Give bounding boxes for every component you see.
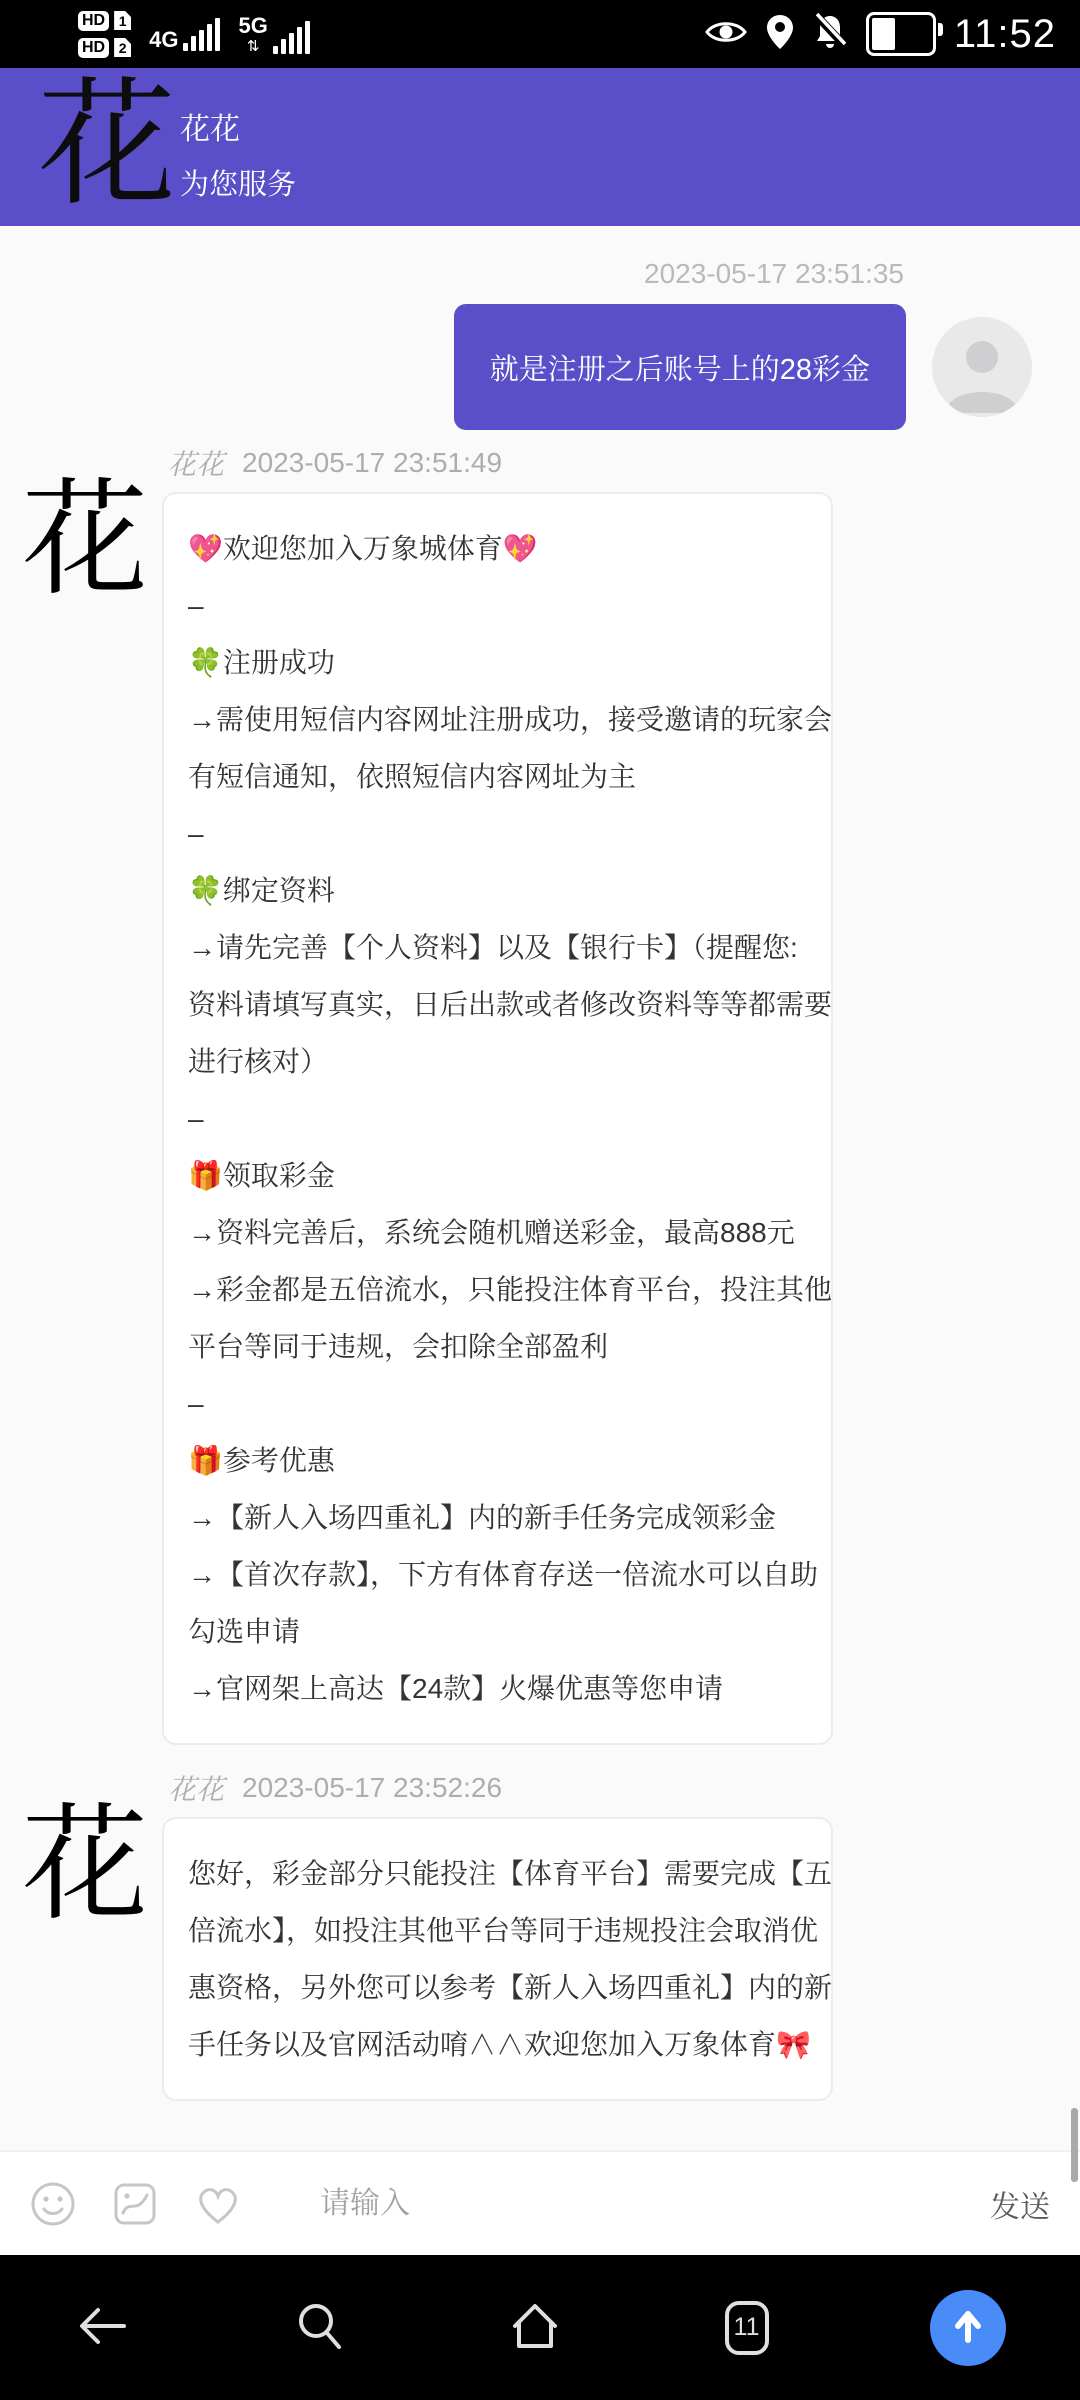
message-timestamp: 2023-05-17 23:51:35	[0, 258, 1080, 288]
message-line: 资料请填写真实，日后出款或者修改资料等等都需要	[188, 976, 807, 1033]
message-line: 🍀注册成功	[188, 634, 807, 691]
location-icon	[766, 14, 794, 55]
agent-message-head: 花花 2023-05-17 23:51:49	[168, 446, 1080, 480]
signal-bars-icon	[183, 17, 220, 51]
chat-area[interactable]: 2023-05-17 23:51:35 就是注册之后账号上的28彩金 花 花花 …	[0, 226, 1080, 2150]
user-message-row: 就是注册之后账号上的28彩金	[0, 304, 1080, 430]
signal-bars-icon	[273, 20, 310, 54]
agent-subtitle: 为您服务	[180, 162, 296, 203]
user-message-text: 就是注册之后账号上的28彩金	[490, 347, 870, 388]
message-line: →【首次存款】，下方有体育存送一倍流水可以自助	[188, 1546, 807, 1603]
app-header: 花 花花 为您服务	[0, 68, 1080, 226]
message-line: 🍀绑定资料	[188, 862, 807, 919]
message-line: →彩金都是五倍流水，只能投注体育平台，投注其他	[188, 1261, 807, 1318]
message-input[interactable]	[318, 2186, 990, 2222]
sim-card-icon: 1	[114, 11, 131, 30]
home-button[interactable]	[507, 2300, 563, 2355]
message-line: 有短信通知，依照短信内容网址为主	[188, 748, 807, 805]
agent-message-head: 花花 2023-05-17 23:52:26	[168, 1771, 1080, 1805]
message-line: →请先完善【个人资料】以及【银行卡】（提醒您:	[188, 919, 807, 976]
home-icon	[507, 2300, 563, 2355]
data-activity-icon: ⇅	[247, 39, 260, 54]
network-type-label: 5G	[238, 15, 267, 37]
header-text: 花花 为您服务	[180, 104, 296, 203]
agent-name: 花花	[180, 104, 296, 148]
up-arrow-fab[interactable]	[930, 2290, 1006, 2366]
recents-button[interactable]: 11	[725, 2301, 769, 2355]
hd-badge: HD	[78, 11, 109, 31]
clock-time: 11:52	[954, 12, 1056, 57]
nav-bar: 11	[0, 2255, 1080, 2400]
battery-icon	[866, 12, 936, 56]
agent-message: 花 花花 2023-05-17 23:51:49 💖欢迎您加入万象城体育💖 – …	[162, 446, 1080, 1745]
message-line: 💖欢迎您加入万象城体育💖	[188, 520, 807, 577]
message-line: 进行核对）	[188, 1033, 807, 1090]
heart-icon[interactable]	[194, 2182, 242, 2226]
up-arrow-icon	[948, 2306, 988, 2349]
agent-avatar: 花	[22, 1799, 148, 1931]
agent-message-time: 2023-05-17 23:51:49	[242, 447, 502, 479]
sim-card-icon: 2	[114, 38, 131, 57]
eye-icon	[704, 17, 748, 52]
emoji-icon[interactable]	[30, 2181, 76, 2227]
back-button[interactable]	[74, 2301, 132, 2354]
search-button[interactable]	[294, 2300, 346, 2355]
agent-message: 花 花花 2023-05-17 23:52:26 您好，彩金部分只能投注【体育平…	[162, 1771, 1080, 2101]
message-line: 🎁参考优惠	[188, 1432, 807, 1489]
user-message-bubble: 就是注册之后账号上的28彩金	[454, 304, 906, 430]
network-indicator-2: 5G ⇅	[238, 15, 309, 54]
network-indicator-1: 4G	[149, 17, 220, 51]
message-line: 🎁领取彩金	[188, 1147, 807, 1204]
message-line: →【新人入场四重礼】内的新手任务完成领彩金	[188, 1489, 807, 1546]
sim-badge-2: HD 2	[78, 38, 131, 58]
status-right-cluster: 11:52	[704, 12, 1056, 57]
sim-badges: HD 1 HD 2	[78, 11, 131, 58]
status-left-cluster: HD 1 HD 2 4G 5G ⇅	[78, 11, 310, 58]
agent-message-time: 2023-05-17 23:52:26	[242, 1772, 502, 1804]
message-line: –	[188, 1090, 807, 1147]
agent-avatar: 花	[22, 474, 148, 606]
send-button[interactable]: 发送	[990, 2182, 1050, 2226]
message-line: →官网架上高达【24款】火爆优惠等您申请	[188, 1660, 807, 1717]
recents-count: 11	[734, 2313, 760, 2342]
message-line: 倍流水】，如投注其他平台等同于违规投注会取消优	[188, 1902, 807, 1959]
back-icon	[74, 2301, 132, 2354]
phone-screen: HD 1 HD 2 4G 5G ⇅	[0, 0, 1080, 2400]
user-avatar	[932, 317, 1032, 417]
message-line: 手任务以及官网活动唷∧∧欢迎您加入万象体育🎀	[188, 2016, 807, 2073]
search-icon	[294, 2300, 346, 2355]
agent-avatar-large: 花	[38, 70, 176, 220]
message-line: 惠资格，另外您可以参考【新人入场四重礼】内的新	[188, 1959, 807, 2016]
hd-badge: HD	[78, 38, 109, 58]
agent-message-sender: 花花	[168, 443, 224, 483]
notifications-off-icon	[812, 13, 848, 56]
scrollbar-thumb[interactable]	[1071, 2108, 1078, 2182]
message-line: 您好，彩金部分只能投注【体育平台】需要完成【五	[188, 1845, 807, 1902]
status-bar: HD 1 HD 2 4G 5G ⇅	[0, 0, 1080, 68]
message-line: 平台等同于违规，会扣除全部盈利	[188, 1318, 807, 1375]
agent-message-bubble: 您好，彩金部分只能投注【体育平台】需要完成【五 倍流水】，如投注其他平台等同于违…	[162, 1817, 833, 2101]
sim-badge-1: HD 1	[78, 11, 131, 31]
message-line: –	[188, 805, 807, 862]
agent-message-sender: 花花	[168, 1768, 224, 1808]
message-line: →资料完善后，系统会随机赠送彩金，最高888元	[188, 1204, 807, 1261]
message-line: →需使用短信内容网址注册成功，接受邀请的玩家会	[188, 691, 807, 748]
message-line: –	[188, 1375, 807, 1432]
image-icon[interactable]	[112, 2181, 158, 2227]
network-type-label: 4G	[149, 29, 178, 51]
message-line: –	[188, 577, 807, 634]
agent-message-bubble: 💖欢迎您加入万象城体育💖 – 🍀注册成功 →需使用短信内容网址注册成功，接受邀请…	[162, 492, 833, 1745]
input-bar: 发送	[0, 2150, 1080, 2255]
message-line: 勾选申请	[188, 1603, 807, 1660]
